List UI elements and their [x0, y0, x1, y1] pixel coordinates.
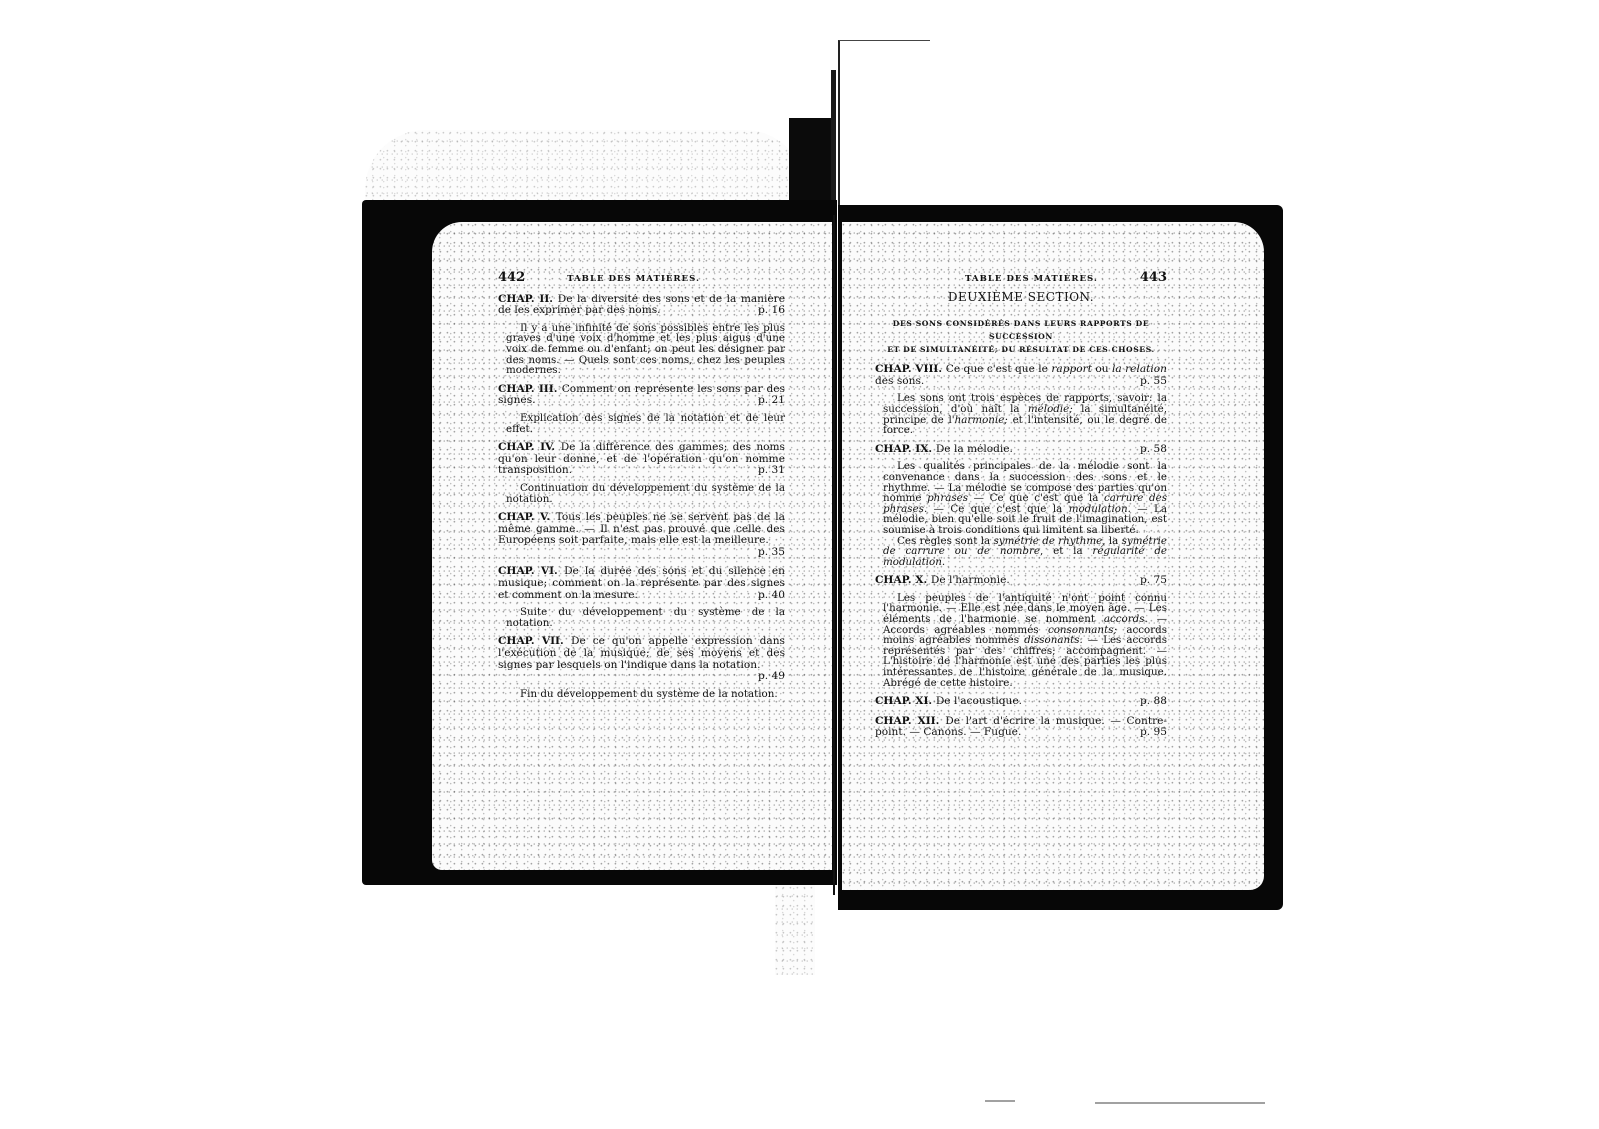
- toc-entry-title: CHAP. VI. De la durée des sons et du sil…: [498, 566, 785, 601]
- page-number: 443: [1140, 272, 1167, 284]
- left-page-content: 442 TABLE DES MATIÈRES. CHAP. II. De la …: [498, 272, 785, 699]
- toc-entry: CHAP. VIII. Ce que c'est que le rapport …: [875, 364, 1167, 436]
- toc-entry: CHAP. V. Tous les peuples ne se servent …: [498, 512, 785, 558]
- page-reference: p. 31: [758, 465, 785, 477]
- toc-entry-title: CHAP. XI. De l'acoustique.p. 88: [875, 696, 1167, 708]
- toc-entry-title: CHAP. VIII. Ce que c'est que le rapport …: [875, 364, 1167, 387]
- running-head-title: TABLE DES MATIÈRES.: [965, 274, 1098, 286]
- chapter-summary: Ces règles sont la symétrie de rhythme, …: [875, 536, 1167, 568]
- page-reference: p. 16: [758, 305, 785, 317]
- chapter-summary: Les qualités principales de la mélodie s…: [875, 461, 1167, 535]
- toc-entry-title: CHAP. V. Tous les peuples ne se servent …: [498, 512, 785, 558]
- toc-entry-title: CHAP. II. De la diversité des sons et de…: [498, 294, 785, 317]
- toc-entry-title: CHAP. IX. De la mélodie.p. 58: [875, 444, 1167, 456]
- toc-entry: CHAP. VI. De la durée des sons et du sil…: [498, 566, 785, 628]
- chapter-title: De l'harmonie.: [931, 575, 1010, 586]
- toc-entry: CHAP. III. Comment on représente les son…: [498, 384, 785, 434]
- page-reference: p. 35: [758, 547, 785, 559]
- toc-entry: CHAP. IV. De la différence des gammes; d…: [498, 442, 785, 504]
- page-reference: p. 55: [1140, 376, 1167, 388]
- chapter-summary: Explication des signes de la notation et…: [498, 413, 785, 434]
- toc-entry-title: CHAP. XII. De l'art d'écrire la musique.…: [875, 716, 1167, 739]
- toc-entry: CHAP. XI. De l'acoustique.p. 88: [875, 696, 1167, 708]
- running-head-title: TABLE DES MATIÈRES.: [567, 274, 700, 286]
- toc-entry-title: CHAP. IV. De la différence des gammes; d…: [498, 442, 785, 477]
- toc-entry-title: CHAP. VII. De ce qu'on appelle expressio…: [498, 636, 785, 682]
- toc-entry-title: CHAP. X. De l'harmonie.p. 75: [875, 575, 1167, 587]
- toc-entry: CHAP. VII. De ce qu'on appelle expressio…: [498, 636, 785, 699]
- page-reference: p. 58: [1140, 444, 1167, 456]
- chapter-summary: Suite du développement du système de la …: [498, 607, 785, 628]
- chapter-label: CHAP. XI.: [875, 696, 936, 707]
- page-reference: p. 75: [1140, 575, 1167, 587]
- chapter-label: CHAP. VII.: [498, 636, 571, 647]
- chapter-summary: Les peuples de l'antiquité n'ont point c…: [875, 593, 1167, 688]
- fold-strip-bottom: [775, 885, 815, 975]
- scan-artifact: [1095, 1102, 1265, 1104]
- chapter-label: CHAP. VIII.: [875, 364, 946, 375]
- text-run: , et la: [1040, 545, 1092, 557]
- chapter-title: De la mélodie.: [936, 444, 1013, 455]
- page-number: 442: [498, 272, 525, 284]
- right-running-head: TABLE DES MATIÈRES. 443: [875, 272, 1167, 286]
- chapter-summary: Continuation du développement du système…: [498, 483, 785, 504]
- toc-entry: CHAP. IX. De la mélodie.p. 58Les qualité…: [875, 444, 1167, 568]
- scan-artifact: [985, 1100, 1015, 1102]
- page-reference: p. 49: [758, 671, 785, 683]
- chapter-label: CHAP. XII.: [875, 716, 945, 727]
- chapter-label: CHAP. VI.: [498, 566, 564, 577]
- toc-entry-title: CHAP. III. Comment on représente les son…: [498, 384, 785, 407]
- toc-entry: CHAP. II. De la diversité des sons et de…: [498, 294, 785, 376]
- chapter-summary: Fin du développement du système de la no…: [498, 689, 785, 700]
- section-subtitle: DES SONS CONSIDÉRÉS DANS LEURS RAPPORTS …: [875, 317, 1167, 356]
- chapter-summary: Les sons ont trois espèces de rapports, …: [875, 393, 1167, 435]
- spine-edge: [831, 70, 836, 220]
- page-tab-strip: [838, 40, 930, 211]
- page-reference: p. 88: [1140, 696, 1167, 708]
- section-subtitle-line: ET DE SIMULTANÉITÉ; DU RÉSULTAT DE CES C…: [875, 343, 1167, 356]
- chapter-label: CHAP. IV.: [498, 442, 561, 453]
- chapter-label: CHAP. V.: [498, 512, 556, 523]
- text-run: des sons.: [875, 375, 924, 387]
- italic-term: harmonie;: [955, 414, 1008, 426]
- text-run: Ce que c'est que le: [946, 364, 1052, 375]
- toc-entries-left: CHAP. II. De la diversité des sons et de…: [498, 294, 785, 700]
- chapter-label: CHAP. X.: [875, 575, 931, 586]
- page-reference: p. 21: [758, 395, 785, 407]
- chapter-title: De l'acoustique.: [936, 696, 1022, 707]
- text-run: ou: [1092, 364, 1112, 375]
- chapter-label: CHAP. IX.: [875, 444, 936, 455]
- right-page-content: TABLE DES MATIÈRES. 443 DEUXIÈME SECTION…: [875, 272, 1167, 739]
- chapter-summary: Il y a une infinité de sons possibles en…: [498, 323, 785, 376]
- italic-term: rapport: [1051, 364, 1092, 375]
- left-running-head: 442 TABLE DES MATIÈRES.: [498, 272, 785, 286]
- scan-noise-top: [365, 130, 805, 205]
- page-reference: p. 95: [1140, 727, 1167, 739]
- chapter-label: CHAP. II.: [498, 294, 558, 305]
- page-reference: p. 40: [758, 590, 785, 602]
- toc-entries-right: CHAP. VIII. Ce que c'est que le rapport …: [875, 364, 1167, 739]
- book-gutter: [833, 215, 835, 895]
- toc-entry: CHAP. X. De l'harmonie.p. 75Les peuples …: [875, 575, 1167, 688]
- toc-entry: CHAP. XII. De l'art d'écrire la musique.…: [875, 716, 1167, 739]
- section-title: DEUXIÈME SECTION.: [875, 292, 1167, 304]
- chapter-label: CHAP. III.: [498, 384, 562, 395]
- section-subtitle-line: DES SONS CONSIDÉRÉS DANS LEURS RAPPORTS …: [875, 317, 1167, 343]
- italic-term: la relation: [1112, 364, 1167, 375]
